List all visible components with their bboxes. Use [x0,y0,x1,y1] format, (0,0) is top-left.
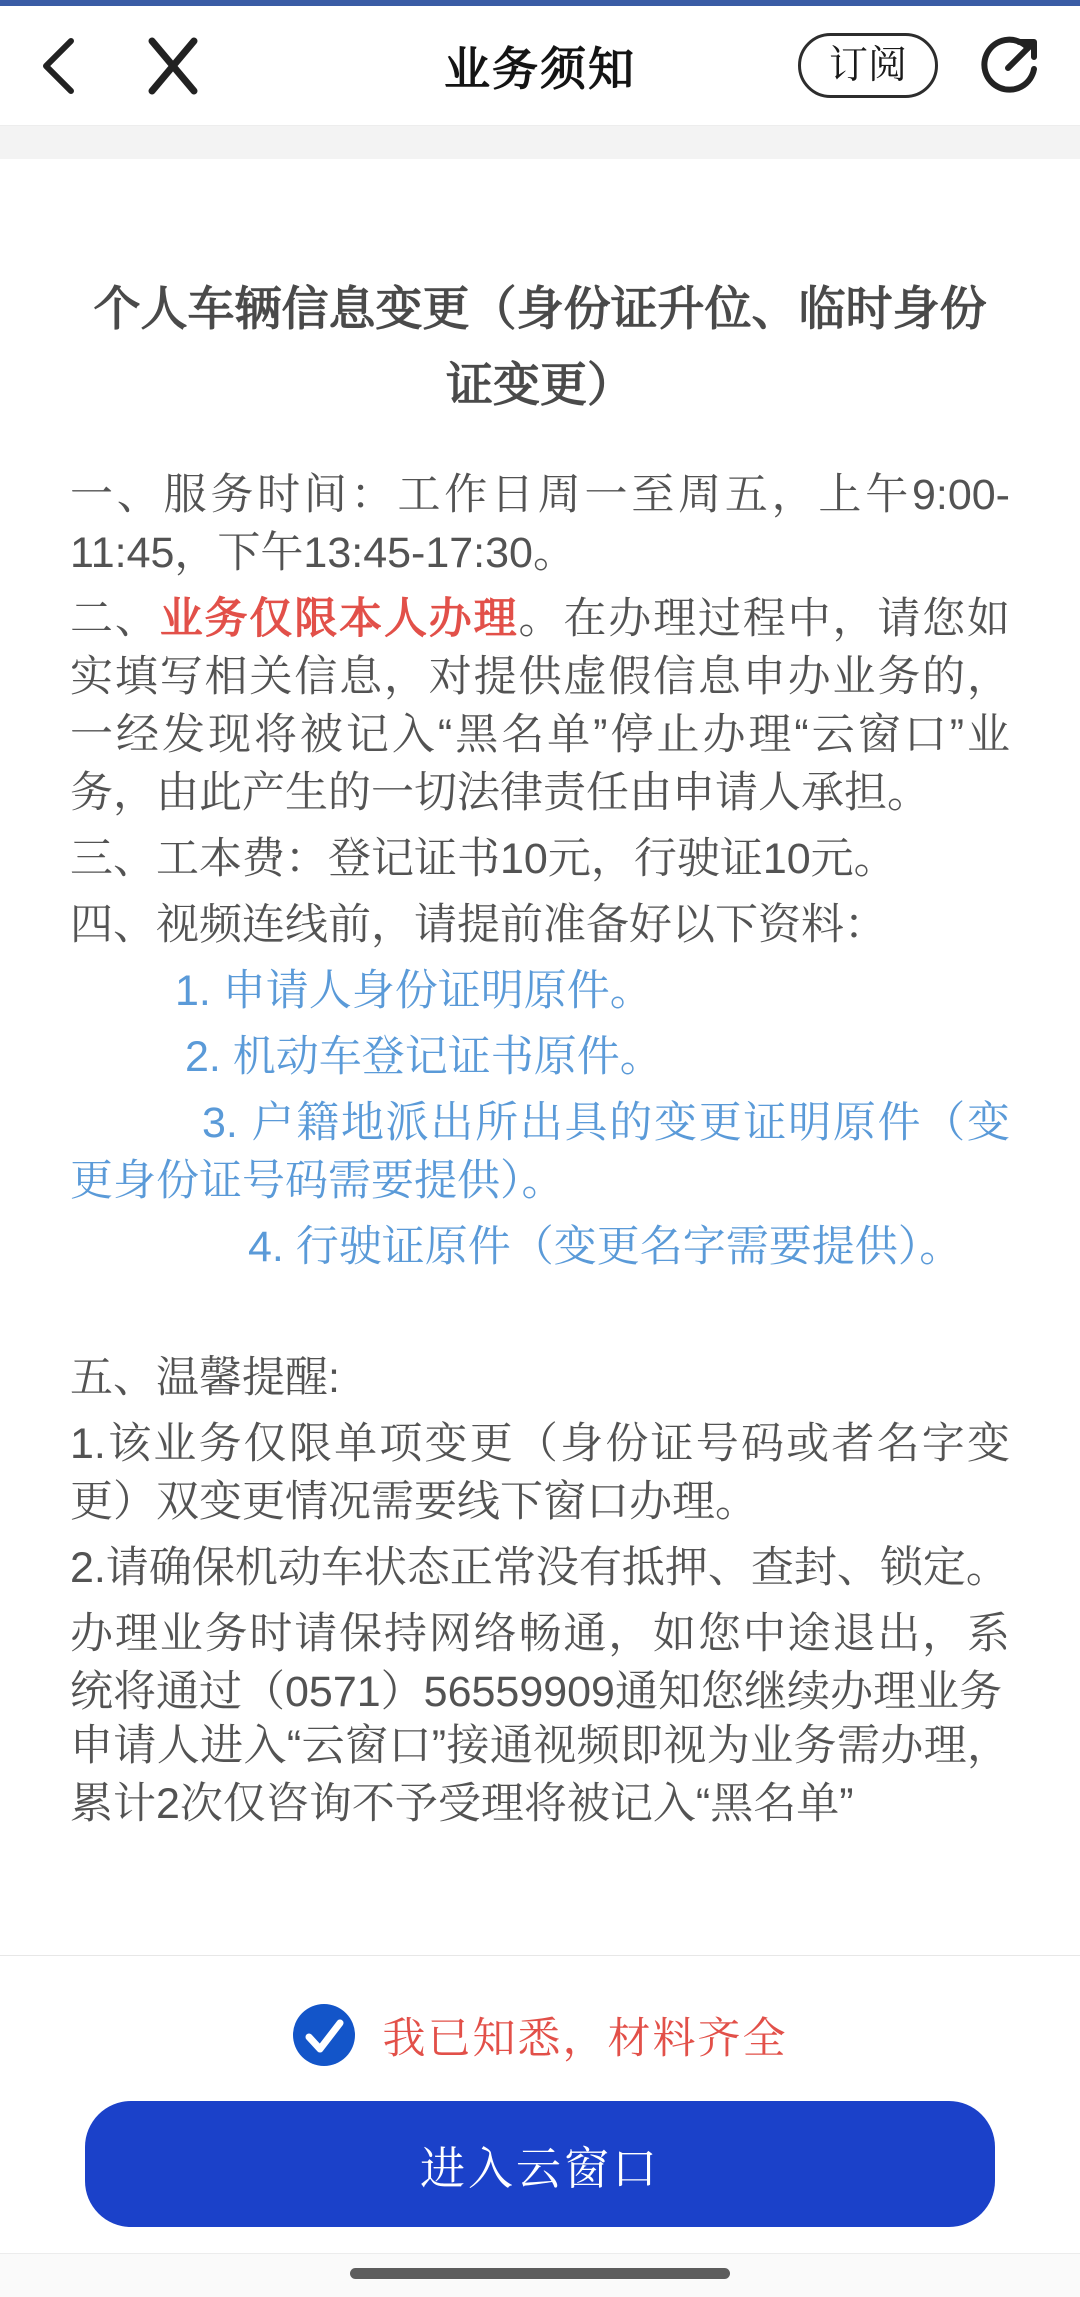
reminder-item-3: 办理业务时请保持网络畅通，如您中途退出，系统将通过（0571）56559909通… [70,1605,1010,1721]
circle-arrow-share-icon [978,34,1042,98]
material-item-2: 2. 机动车登记证书原件。 [70,1028,1010,1086]
reminder-item-2: 2.请确保机动车状态正常没有抵押、查封、锁定。 [70,1539,1010,1597]
bottom-safe-area [0,2253,1080,2297]
x-icon [144,35,202,97]
back-button[interactable] [38,35,78,97]
reminder-item-4: 申请人进入“云窗口”接通视频即视为业务需办理，累计2次仅咨询不予受理将被记入“黑… [70,1717,1010,1833]
notice-paragraph-fees: 三、工本费：登记证书10元，行驶证10元。 [70,830,1010,888]
check-icon [293,2004,355,2066]
notice-body: 个人车辆信息变更（身份证升位、临时身份证变更） 一、服务时间：工作日周一至周五，… [0,271,1080,1833]
self-service-highlight: 业务仅限本人办理 [160,595,519,643]
page-title: 业务须知 [444,33,636,99]
notice-paragraph-self-service: 二、业务仅限本人办理。在办理过程中，请您如实填写相关信息，对提供虚假信息申办业务… [70,590,1010,822]
material-item-4: 4. 行驶证原件（变更名字需要提供）。 [70,1218,1010,1276]
chevron-left-icon [38,35,78,97]
nav-left-group [38,35,202,97]
material-item-3: 3. 户籍地派出所出具的变更证明原件（变更身份证号码需要提供）。 [70,1094,1010,1210]
share-button[interactable] [978,34,1042,98]
subscribe-button[interactable]: 订阅 [798,33,938,98]
nav-right-group: 订阅 [798,33,1042,98]
clause-two-prefix: 二、 [70,595,160,643]
notice-title: 个人车辆信息变更（身份证升位、临时身份证变更） [86,271,994,423]
notice-paragraph-materials-intro: 四、视频连线前，请提前准备好以下资料： [70,896,1010,954]
notice-paragraph-reminder-heading: 五、温馨提醒: [70,1349,1010,1407]
agreement-checkbox[interactable] [293,2004,355,2066]
material-item-1: 1. 申请人身份证明原件。 [70,962,1010,1020]
app-screen: 业务须知 订阅 个人车辆信息变更（身份证升位、临时身份证变更） 一、服务时间：工… [0,0,1080,2297]
agreement-label: 我已知悉，材料齐全 [383,2005,788,2066]
close-button[interactable] [144,35,202,97]
reminder-item-1: 1.该业务仅限单项变更（身份证号码或者名字变更）双变更情况需要线下窗口办理。 [70,1415,1010,1531]
home-indicator[interactable] [350,2268,730,2279]
navigation-bar: 业务须知 订阅 [0,6,1080,126]
action-footer: 我已知悉，材料齐全 进入云窗口 [0,1955,1080,2297]
notice-paragraph-service-time: 一、服务时间：工作日周一至周五，上午9:00-11:45，下午13:45-17:… [70,466,1010,582]
agreement-row: 我已知悉，材料齐全 [0,2004,1080,2066]
enter-cloud-window-button[interactable]: 进入云窗口 [85,2101,995,2227]
header-separator-band [0,126,1080,159]
